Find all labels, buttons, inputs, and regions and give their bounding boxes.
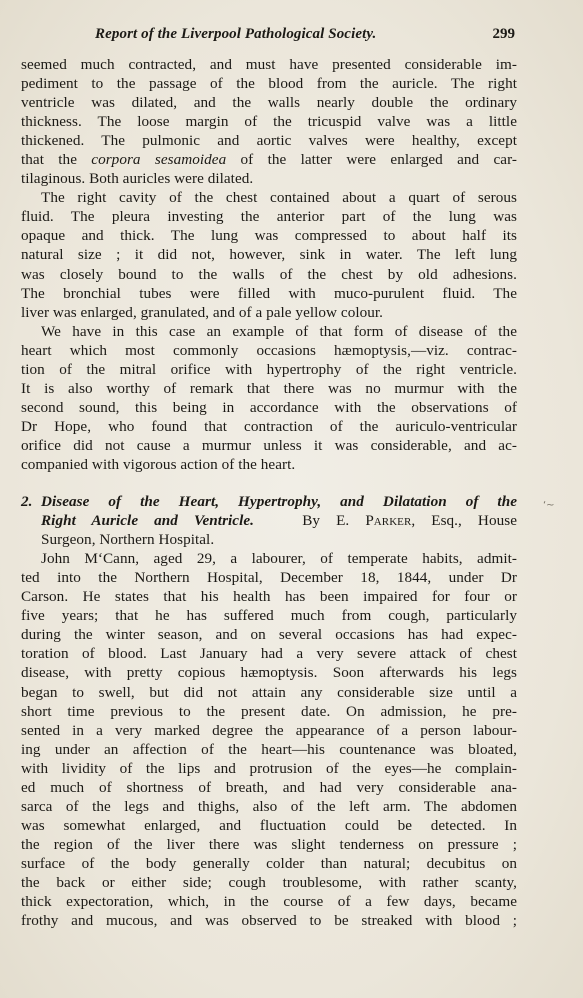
text-line: ventricle was dilated, and the walls nea… (21, 93, 517, 112)
text-line: ted into the Northern Hospital, December… (21, 568, 517, 587)
section-title-cont: Right Auricle and Ventricle. (41, 512, 254, 529)
text-line: thickened. The pulmonic and aortic valve… (21, 131, 517, 150)
text-line: during the winter season, and on several… (21, 625, 517, 644)
section-number: 2. (21, 492, 33, 511)
paragraph-2: The right cavity of the chest contained … (21, 188, 517, 321)
text-line: disease, with pretty copious hæmoptysis.… (21, 663, 517, 682)
text-line: fluid. The pleura investing the anterior… (21, 207, 517, 226)
text-line: It is also worthy of remark that there w… (21, 379, 517, 398)
text-line: tilaginous. Both auricles were dilated. (21, 169, 517, 188)
heading-line-1: 2.Disease of the Heart, Hypertrophy, and… (21, 492, 517, 511)
author-affiliation: , Esq., House (411, 512, 517, 529)
margin-smudge: ‘~ (543, 500, 555, 511)
text-line: toration of blood. Last January had a ve… (21, 644, 517, 663)
text-line: We have in this case an example of that … (21, 322, 517, 341)
text-line: sented in a very marked degree the appea… (21, 721, 517, 740)
text-line: tion of the mitral orifice with hypertro… (21, 360, 517, 379)
text-line: surface of the body generally colder tha… (21, 854, 517, 873)
author-name: Parker (365, 512, 411, 529)
text-line: sarca of the legs and thighs, also of th… (21, 797, 517, 816)
text-line: The right cavity of the chest contained … (21, 188, 517, 207)
paragraph-4: John M‘Cann, aged 29, a labourer, of tem… (21, 549, 517, 930)
text-line: liver was enlarged, granulated, and of a… (21, 303, 517, 322)
text-line: five years; that he has suffered much fr… (21, 606, 517, 625)
text-line: Dr Hope, who found that contraction of t… (21, 417, 517, 436)
section-title: Disease of the Heart, Hypertrophy, and D… (41, 492, 517, 511)
text-line: thickness. The loose margin of the tricu… (21, 112, 517, 131)
paragraph-1: seemed much contracted, and must have pr… (21, 55, 517, 188)
text-line: was somewhat enlarged, and fluctuation c… (21, 816, 517, 835)
author-affiliation-cont: Surgeon, Northern Hospital. (21, 530, 517, 549)
section-gap (21, 474, 517, 492)
running-head: Report of the Liverpool Pathological Soc… (21, 26, 517, 48)
text-line: short time previous to the present date.… (21, 702, 517, 721)
text-line: with lividity of the lips and protrusion… (21, 759, 517, 778)
page-number: 299 (493, 26, 516, 43)
text-line: opaque and thick. The lung was compresse… (21, 226, 517, 245)
byline: By E. (302, 512, 349, 529)
text-line: ing under an affection of the heart—his … (21, 740, 517, 759)
text-line: The bronchial tubes were filled with muc… (21, 284, 517, 303)
running-title: Report of the Liverpool Pathological Soc… (95, 26, 376, 43)
section-heading: 2.Disease of the Heart, Hypertrophy, and… (21, 492, 517, 549)
text-line: John M‘Cann, aged 29, a labourer, of tem… (21, 549, 517, 568)
text-run: of the latter were enlarged and car- (226, 151, 517, 168)
text-line: was closely bound to the walls of the ch… (21, 265, 517, 284)
text-line: heart which most commonly occasions hæmo… (21, 341, 517, 360)
text-line: companied with vigorous action of the he… (21, 455, 517, 474)
latin-term: corpora sesamoidea (91, 151, 226, 168)
text-line: orifice did not cause a murmur unless it… (21, 436, 517, 455)
text-run: that the (21, 151, 91, 168)
text-line: the back or either side; cough troubleso… (21, 873, 517, 892)
text-line: ed much of shortness of breath, and had … (21, 778, 517, 797)
text-line: natural size ; it did not, however, sink… (21, 245, 517, 264)
text-line: Carson. He states that his health has be… (21, 587, 517, 606)
text-line: thick expectoration, which, in the cours… (21, 892, 517, 911)
text-line: seemed much contracted, and must have pr… (21, 55, 517, 74)
paragraph-3: We have in this case an example of that … (21, 322, 517, 474)
heading-line-2: Right Auricle and Ventricle. By E. Parke… (21, 511, 517, 530)
text-line: pediment to the passage of the blood fro… (21, 74, 517, 93)
text-line: began to swell, but did not attain any c… (21, 683, 517, 702)
text-line: second sound, this being in accordance w… (21, 398, 517, 417)
page-body: seemed much contracted, and must have pr… (21, 55, 517, 930)
text-line: frothy and mucous, and was observed to b… (21, 911, 517, 930)
text-line: that the corpora sesamoidea of the latte… (21, 150, 517, 169)
text-line: the region of the liver there was slight… (21, 835, 517, 854)
